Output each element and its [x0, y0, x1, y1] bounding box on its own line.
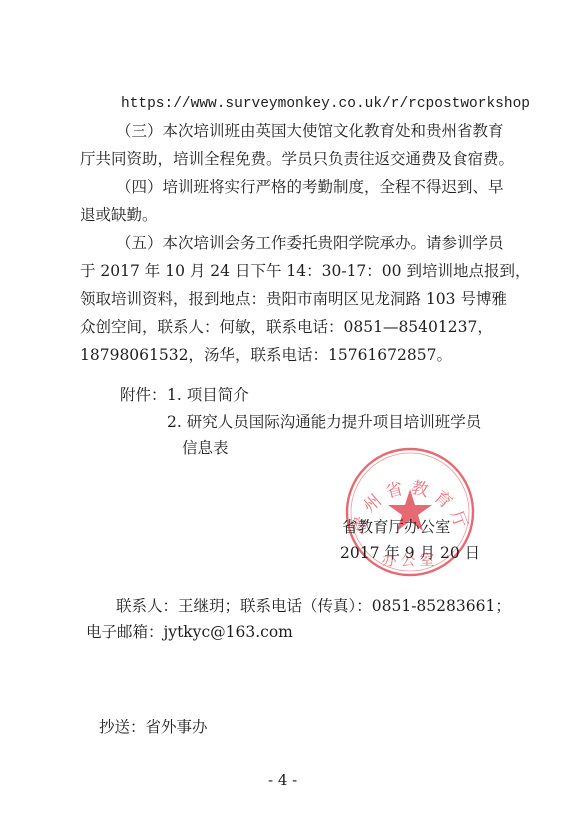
paragraph-3-line-1: （三）本次培训班由英国大使馆文化教育处和贵州省教育 [116, 121, 504, 141]
paragraph-5-line-3: 领取培训资料，报到地点：贵阳市南明区见龙洞路 103 号博雅 [80, 289, 507, 309]
cc-line: 抄送：省外事办 [99, 717, 208, 737]
paragraph-4-line-1: （四）培训班将实行严格的考勤制度，全程不得迟到、早 [116, 177, 504, 197]
paragraph-5-line-1: （五）本次培训会务工作委托贵阳学院承办。请参训学员 [116, 233, 504, 253]
paragraph-5-line-4: 众创空间，联系人：何敏，联系电话：0851—85401237， [80, 317, 493, 337]
page-number: - 4 - [268, 771, 297, 789]
paragraph-3-line-2: 厅共同资助，培训全程免费。学员只负责往返交通费及食宿费。 [80, 149, 514, 169]
attachment-item-2-line-1: 2. 研究人员国际沟通能力提升项目培训班学员 [167, 412, 481, 432]
paragraph-5-line-5: 18798061532，汤华，联系电话：15761672857。 [80, 345, 452, 365]
survey-url: https://www.surveymonkey.co.uk/r/rcpostw… [121, 94, 530, 114]
attachment-item-1: 1. 项目简介 [167, 385, 249, 405]
signature-date: 2017 年 9 月 20 日 [340, 543, 480, 563]
signature-org: 省教育厅办公室 [342, 517, 451, 537]
contact-email: 电子邮箱：jytkyc@163.com [86, 622, 293, 642]
paragraph-5-line-2: 于 2017 年 10 月 24 日下午 14：30-17：00 到培训地点报到… [80, 261, 530, 281]
attachments-label: 附件： [120, 385, 167, 405]
attachment-item-2-line-2: 信息表 [182, 438, 229, 458]
contact-line-1: 联系人：王继玥；联系电话（传真）：0851-85283661； [116, 596, 511, 616]
paragraph-4-line-2: 退或缺勤。 [80, 205, 158, 225]
